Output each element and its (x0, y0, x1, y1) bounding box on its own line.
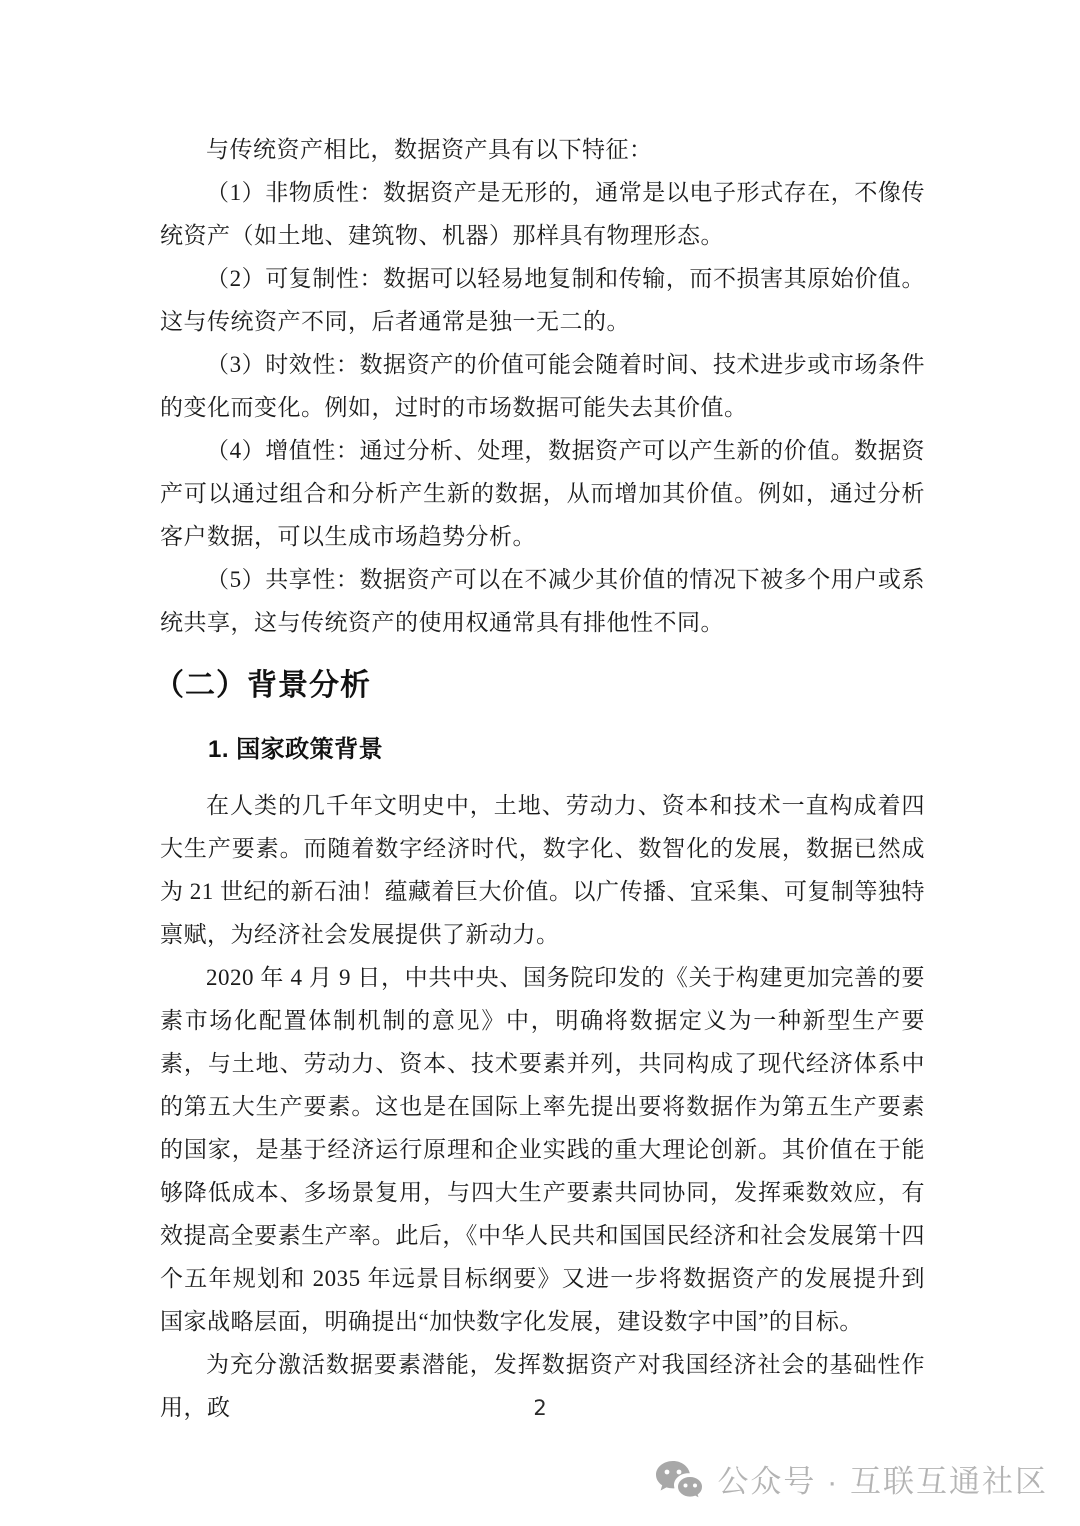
paragraph-feature-2: （2）可复制性：数据可以轻易地复制和传输，而不损害其原始价值。这与传统资产不同，… (160, 257, 925, 343)
paragraph-policy-2: 2020 年 4 月 9 日，中共中央、国务院印发的《关于构建更加完善的要素市场… (160, 956, 925, 1343)
paragraph-feature-1: （1）非物质性：数据资产是无形的，通常是以电子形式存在，不像传统资产（如土地、建… (160, 171, 925, 257)
document-content: 与传统资产相比，数据资产具有以下特征： （1）非物质性：数据资产是无形的，通常是… (160, 0, 925, 1429)
paragraph-feature-4: （4）增值性：通过分析、处理，数据资产可以产生新的价值。数据资产可以通过组合和分… (160, 429, 925, 558)
paragraph-policy-1: 在人类的几千年文明史中，土地、劳动力、资本和技术一直构成着四大生产要素。而随着数… (160, 784, 925, 956)
document-page: 与传统资产相比，数据资产具有以下特征： （1）非物质性：数据资产是无形的，通常是… (0, 0, 1080, 1526)
paragraph-feature-3: （3）时效性：数据资产的价值可能会随着时间、技术进步或市场条件的变化而变化。例如… (160, 343, 925, 429)
page-number: 2 (0, 1394, 1080, 1422)
subsection-heading: 1. 国家政策背景 (160, 730, 925, 770)
paragraph-intro: 与传统资产相比，数据资产具有以下特征： (160, 128, 925, 171)
wechat-watermark: 公众号 · 互联互通社区 (654, 1456, 1048, 1508)
wechat-icon (654, 1459, 704, 1505)
section-heading: （二）背景分析 (154, 664, 925, 708)
watermark-label: 公众号 · 互联互通社区 (717, 1456, 1048, 1508)
paragraph-feature-5: （5）共享性：数据资产可以在不减少其价值的情况下被多个用户或系统共享，这与传统资… (160, 558, 925, 644)
